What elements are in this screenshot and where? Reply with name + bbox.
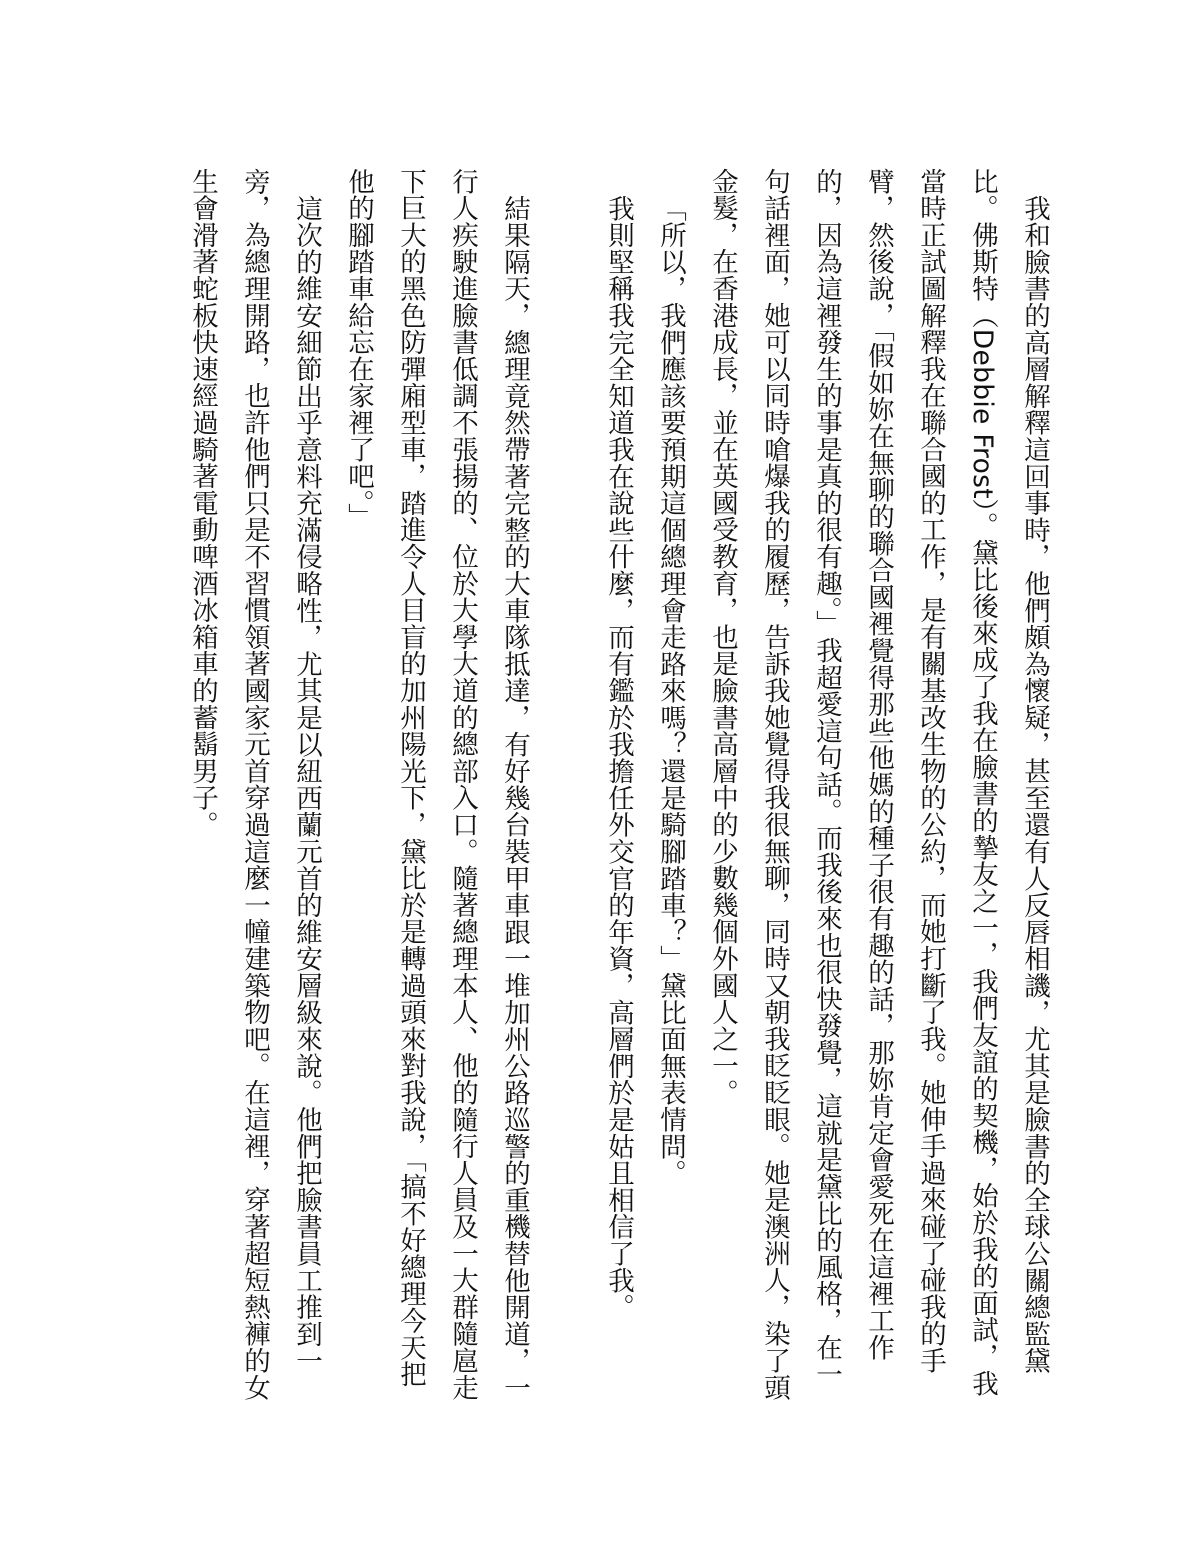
paragraph-security-details: 這次的維安細節出乎意料充滿侵略性，尤其是以紐西蘭元首的維安層級來說。他們把臉書員…	[176, 168, 332, 1408]
paragraph-debbie-question: 「所以，我們應該要預期這個總理會走路來嗎？還是騎腳踏車？」黛比面無表情問。	[644, 168, 696, 1408]
paragraph-facebook-executives: 我和臉書的高層解釋這回事時，他們頗為懷疑，甚至還有人反唇相譏，尤其是臉書的全球公…	[696, 168, 1060, 1408]
vertical-text-page: 我和臉書的高層解釋這回事時，他們頗為懷疑，甚至還有人反唇相譏，尤其是臉書的全球公…	[140, 168, 1060, 1408]
paragraph-motorcade-arrival: 結果隔天，總理竟然帶著完整的大車隊抵達，有好幾台裝甲車跟一堆加州公路巡警的重機替…	[332, 168, 540, 1408]
paragraph-diplomat-reply: 我則堅稱我完全知道我在說些什麼，而有鑑於我擔任外交官的年資，高層們於是姑且相信了…	[592, 168, 644, 1408]
